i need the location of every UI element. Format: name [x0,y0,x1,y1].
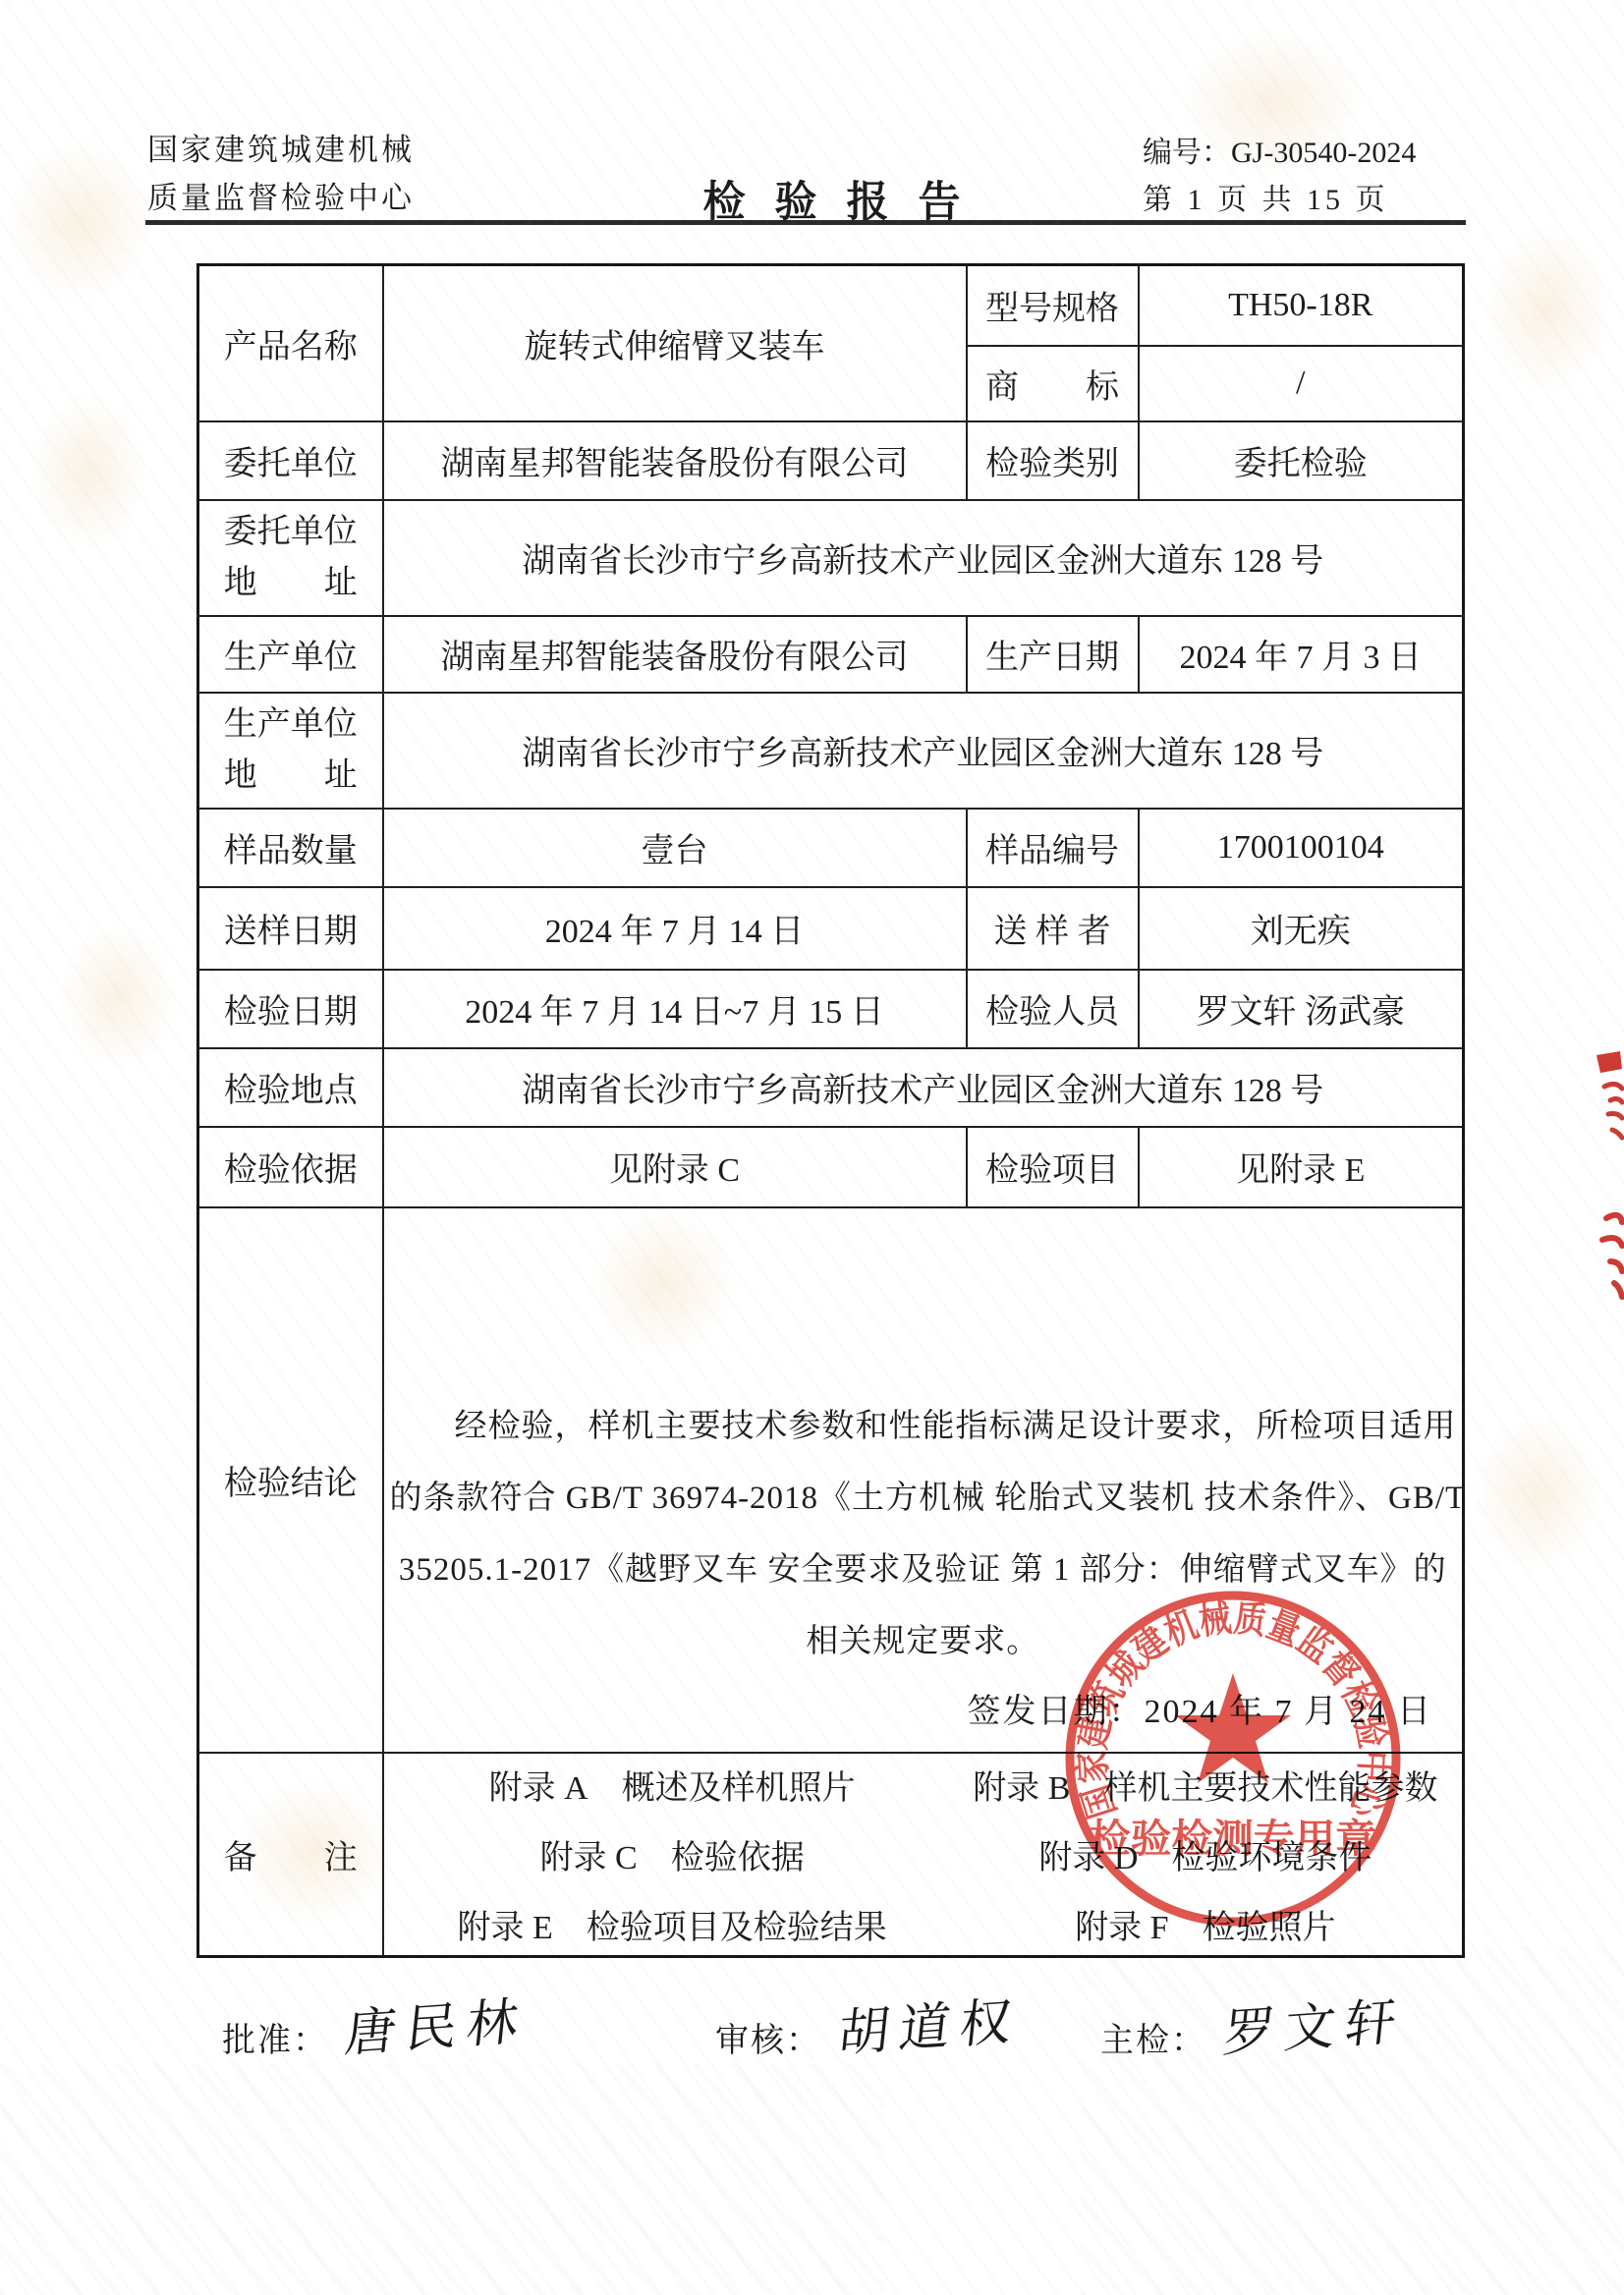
inspectors-label: 检验人员 [967,970,1139,1048]
manufacturer-label: 生产单位 [198,616,383,693]
table-row: 备 注 附录 A概述及样机照片 附录 B样机主要技术性能参数 附录 C检验依据 … [198,1753,1464,1957]
conclusion-label: 检验结论 [198,1207,383,1753]
inspection-basis-value: 见附录 C [383,1127,967,1207]
appendix-item: 附录 E检验项目及检验结果 [390,1900,955,1948]
table-row: 委托单位 湖南星邦智能装备股份有限公司 检验类别 委托检验 [198,421,1464,500]
sample-quantity-label: 样品数量 [198,809,383,887]
appendix-item: 附录 C检验依据 [390,1830,955,1878]
watermark-blob [59,924,177,1071]
table-row: 检验结论 经检验，样机主要技术参数和性能指标满足设计要求，所检项目适用 的条款符… [198,1207,1464,1753]
approver-signature: 批准：唐民林 [222,1992,525,2066]
report-number-value: GJ-30540-2024 [1231,137,1416,169]
report-page: 国家建筑城建机械 质量监督检验中心 检验报告 编号：GJ-30540-2024 … [0,0,1624,2295]
model-value: TH50-18R [1139,265,1464,346]
header-rule [145,220,1466,225]
manufacturer-address-label: 生产单位 地 址 [198,693,383,809]
table-row: 检验依据 见附录 C 检验项目 见附录 E [198,1127,1464,1207]
client-address-label: 委托单位 地 址 [198,500,383,616]
report-number-label: 编号： [1143,137,1231,169]
manufacturer-address-label-line1: 生产单位 [205,700,376,751]
conclusion-line: 的条款符合 GB/T 36974-2018《土方机械 轮胎式叉装机 技术条件》、… [390,1463,1457,1535]
appendix-code: 附录 A [489,1770,588,1807]
inspection-items-label: 检验项目 [967,1127,1139,1207]
remarks-cell: 附录 A概述及样机照片 附录 B样机主要技术性能参数 附录 C检验依据 附录 D… [383,1753,1464,1957]
client-value: 湖南星邦智能装备股份有限公司 [383,421,967,500]
chief-inspector-name-handwritten: 罗文轩 [1220,1979,1411,2066]
signature-row: 批准：唐民林 审核：胡道权 主检：罗文轩 [196,1992,1474,2120]
approver-name-handwritten: 唐民林 [342,1979,532,2066]
remarks-label: 备 注 [198,1753,383,1957]
inspection-basis-label: 检验依据 [198,1127,383,1207]
appendix-code: 附录 C [540,1840,638,1876]
conclusion-line: 经检验，样机主要技术参数和性能指标满足设计要求，所检项目适用 [390,1391,1457,1463]
appendix-item: 附录 A概述及样机照片 [390,1761,955,1809]
sample-no-label: 样品编号 [967,809,1139,887]
trademark-value: / [1139,346,1464,421]
table-row: 生产单位 地 址 湖南省长沙市宁乡高新技术产业园区金洲大道东 128 号 [198,693,1464,809]
appendix-title: 检验环境条件 [1171,1840,1372,1876]
table-row: 检验日期 2024 年 7 月 14 日~7 月 15 日 检验人员 罗文轩 汤… [198,970,1464,1048]
issuing-org-line1: 国家建筑城建机械 [147,126,415,174]
appendix-title: 检验照片 [1203,1910,1336,1946]
appendix-code: 附录 B [973,1770,1070,1807]
header-right: 编号：GJ-30540-2024 第 1 页 共 15 页 [1143,130,1416,224]
chief-inspector-signature: 主检：罗文轩 [1100,1992,1403,2066]
product-name-value: 旋转式伸缩臂叉装车 [383,265,967,421]
appendix-item: 附录 D检验环境条件 [955,1830,1456,1878]
sample-no-value: 1700100104 [1139,809,1464,887]
conclusion-text: 经检验，样机主要技术参数和性能指标满足设计要求，所检项目适用 的条款符合 GB/… [390,1391,1457,1678]
manufacturer-address-value: 湖南省长沙市宁乡高新技术产业园区金洲大道东 128 号 [383,693,1464,809]
approver-label: 批准： [222,2023,328,2059]
inspection-date-label: 检验日期 [198,970,383,1048]
model-label: 型号规格 [967,265,1139,346]
red-edge-mark [1591,1049,1624,1157]
table-row: 产品名称 旋转式伸缩臂叉装车 型号规格 TH50-18R [198,265,1464,346]
chief-inspector-label: 主检： [1100,2023,1206,2059]
client-address-label-line1: 委托单位 [205,507,376,558]
appendix-code: 附录 F [1075,1910,1168,1946]
inspection-items-value: 见附录 E [1139,1127,1464,1207]
conclusion-cell: 经检验，样机主要技术参数和性能指标满足设计要求，所检项目适用 的条款符合 GB/… [383,1207,1464,1753]
report-table: 产品名称 旋转式伸缩臂叉装车 型号规格 TH50-18R 商 标 / 委托单位 … [196,263,1465,1958]
appendix-code: 附录 E [458,1910,553,1946]
inspectors-value: 罗文轩 汤武豪 [1139,970,1464,1048]
table-row: 样品数量 壹台 样品编号 1700100104 [198,809,1464,887]
red-edge-mark [1596,1210,1624,1304]
report-number: 编号：GJ-30540-2024 [1143,130,1416,177]
appendix-title: 样机主要技术性能参数 [1103,1770,1437,1807]
client-address-value: 湖南省长沙市宁乡高新技术产业园区金洲大道东 128 号 [383,500,1464,616]
reviewer-label: 审核： [715,2023,821,2059]
sample-quantity-value: 壹台 [383,809,967,887]
table-row: 委托单位 地 址 湖南省长沙市宁乡高新技术产业园区金洲大道东 128 号 [198,500,1464,616]
inspection-place-label: 检验地点 [198,1048,383,1127]
production-date-value: 2024 年 7 月 3 日 [1139,616,1464,693]
appendix-title: 概述及样机照片 [622,1770,856,1807]
table-row: 生产单位 湖南星邦智能装备股份有限公司 生产日期 2024 年 7 月 3 日 [198,616,1464,693]
appendix-list: 附录 A概述及样机照片 附录 B样机主要技术性能参数 附录 C检验依据 附录 D… [390,1761,1457,1948]
inspection-type-value: 委托检验 [1139,421,1464,500]
trademark-label: 商 标 [967,346,1139,421]
reviewer-signature: 审核：胡道权 [715,1992,1018,2066]
product-name-label: 产品名称 [198,265,383,421]
issue-date: 签发日期：2024 年 7 月 24 日 [968,1684,1433,1732]
client-label: 委托单位 [198,421,383,500]
inspection-type-label: 检验类别 [967,421,1139,500]
watermark-blob [1474,1415,1601,1572]
watermark-blob [1484,226,1611,393]
delivery-date-label: 送样日期 [198,887,383,970]
inspection-place-value: 湖南省长沙市宁乡高新技术产业园区金洲大道东 128 号 [383,1048,1464,1127]
appendix-item: 附录 B样机主要技术性能参数 [955,1761,1456,1809]
page-info: 第 1 页 共 15 页 [1143,177,1416,224]
table-row: 检验地点 湖南省长沙市宁乡高新技术产业园区金洲大道东 128 号 [198,1048,1464,1127]
appendix-code: 附录 D [1038,1840,1138,1876]
sample-sender-label: 送 样 者 [967,887,1139,970]
manufacturer-value: 湖南星邦智能装备股份有限公司 [383,616,967,693]
delivery-date-value: 2024 年 7 月 14 日 [383,887,967,970]
conclusion-line: 35205.1-2017《越野叉车 安全要求及验证 第 1 部分：伸缩臂式叉车》… [390,1535,1457,1606]
manufacturer-address-label-line2: 地 址 [205,751,376,802]
inspection-date-value: 2024 年 7 月 14 日~7 月 15 日 [383,970,967,1048]
reviewer-name-handwritten: 胡道权 [835,1979,1026,2066]
watermark-blob [29,393,147,550]
table-row: 送样日期 2024 年 7 月 14 日 送 样 者 刘无疾 [198,887,1464,970]
client-address-label-line2: 地 址 [205,558,376,609]
appendix-item: 附录 F检验照片 [955,1900,1456,1948]
appendix-title: 检验依据 [671,1840,805,1876]
sample-sender-value: 刘无疾 [1139,887,1464,970]
production-date-label: 生产日期 [967,616,1139,693]
appendix-title: 检验项目及检验结果 [587,1910,887,1946]
conclusion-line: 相关规定要求。 [390,1606,1457,1678]
